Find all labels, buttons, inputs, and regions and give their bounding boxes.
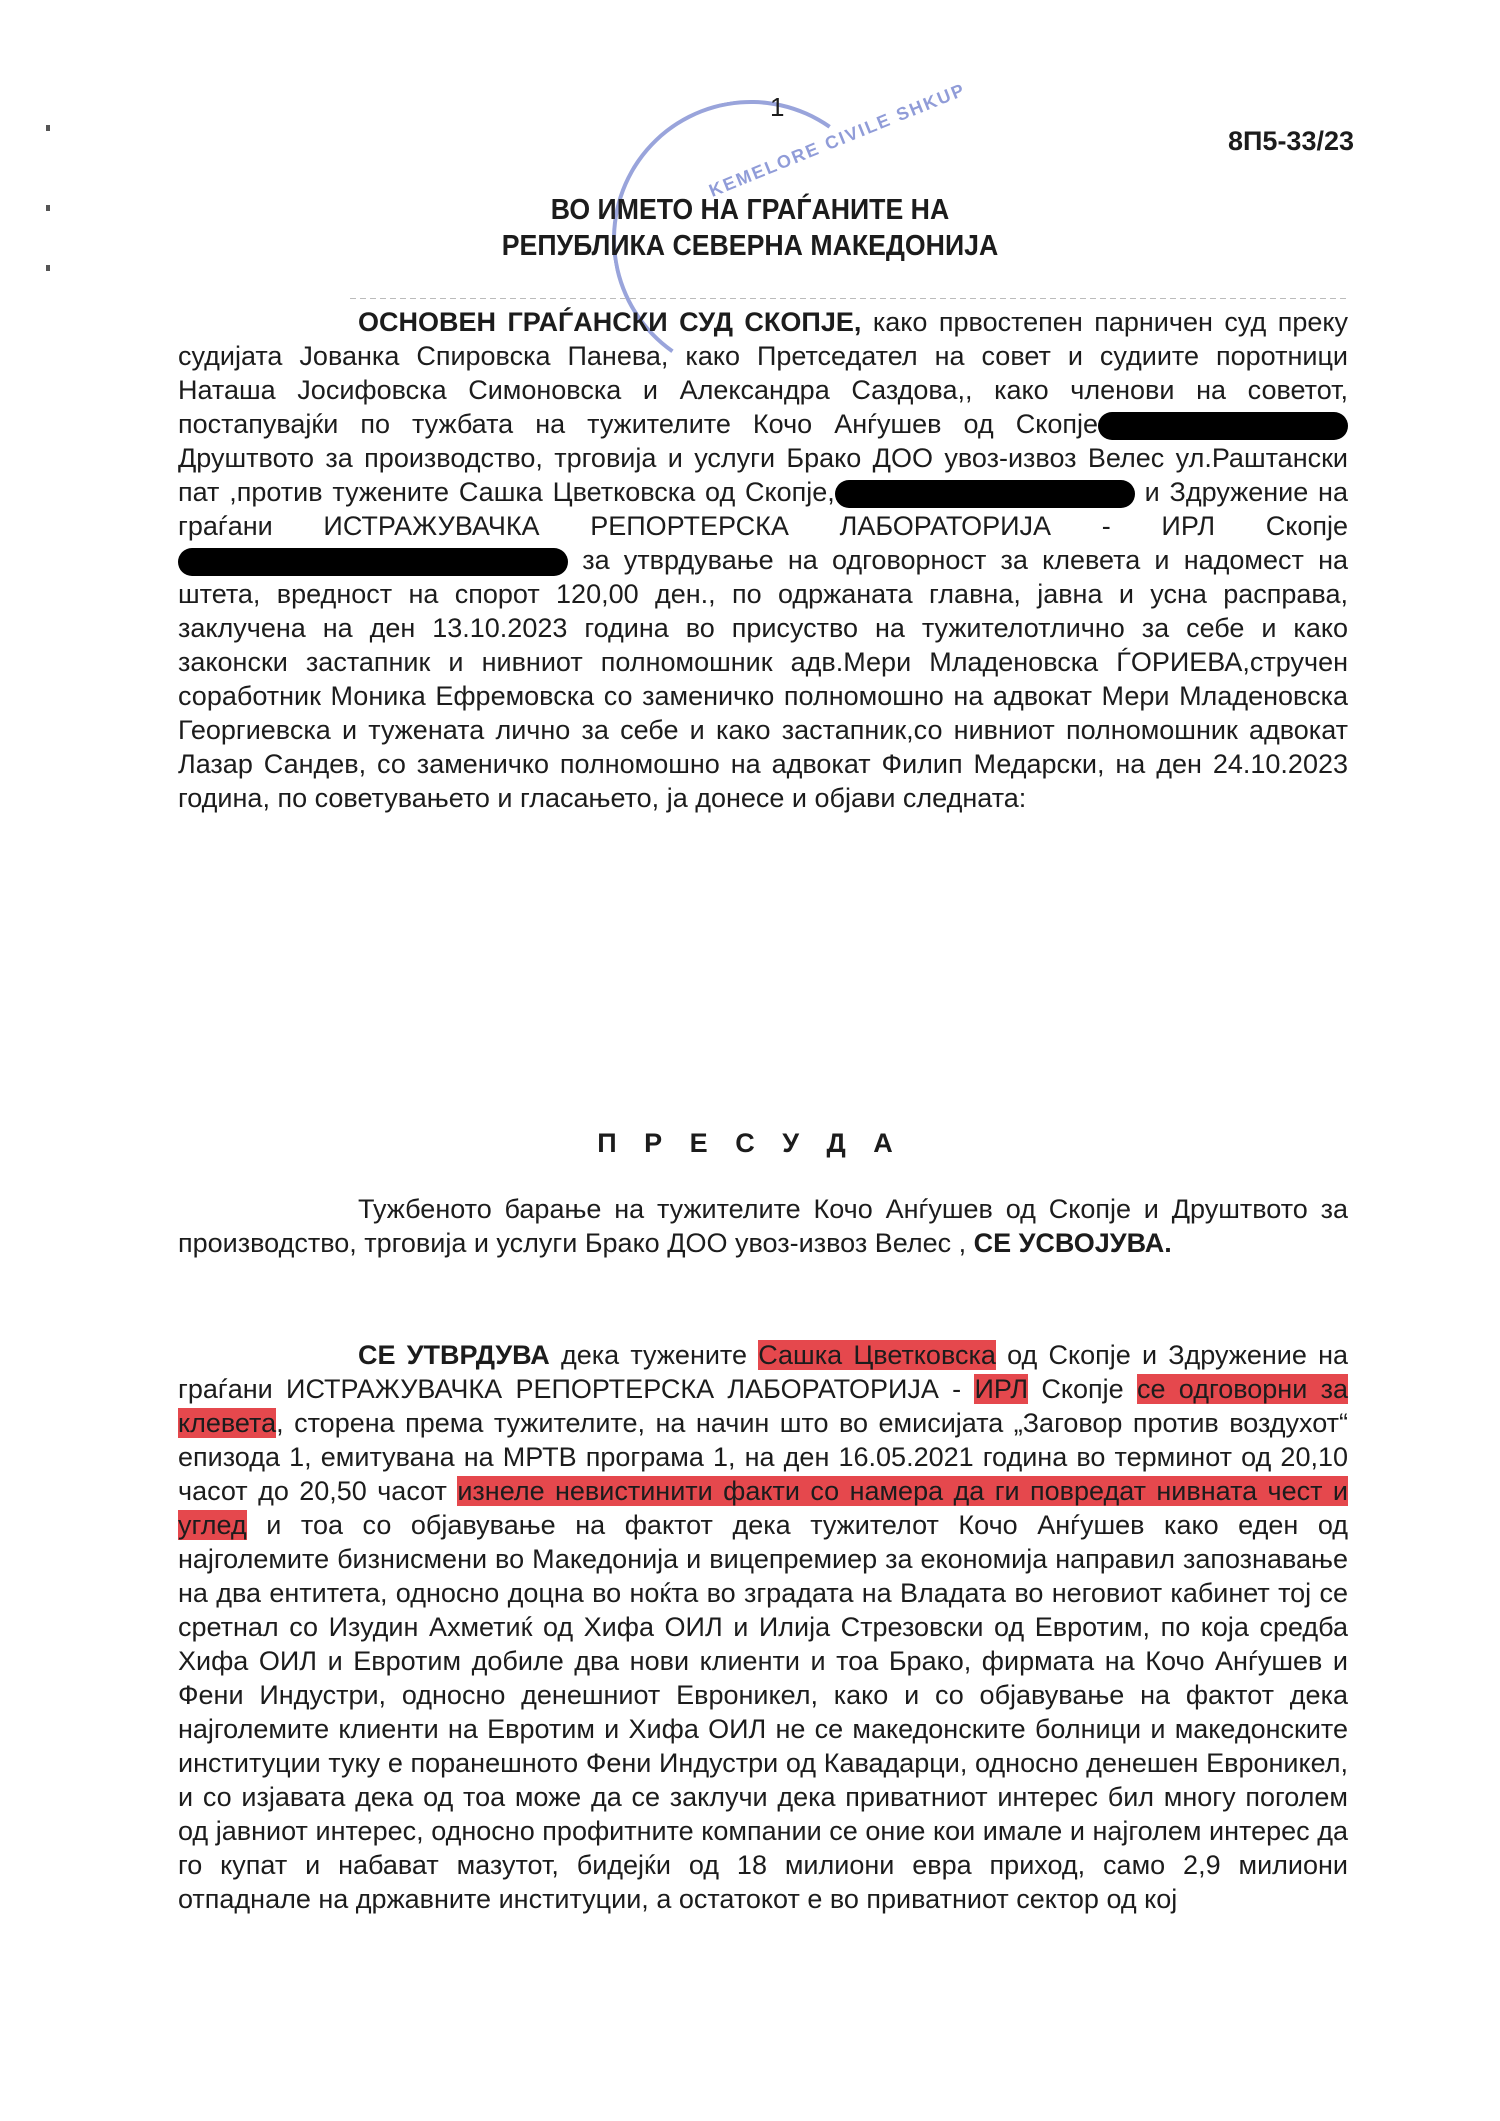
- verdict-title: П Р Е С У Д А: [0, 1128, 1500, 1159]
- divider: [350, 298, 1350, 299]
- intro-paragraph: ОСНОВЕН ГРАЃАНСКИ СУД СКОПЈЕ, како првос…: [178, 305, 1348, 815]
- redaction: [178, 548, 568, 576]
- redaction: [835, 480, 1135, 508]
- highlight: ИРЛ: [974, 1374, 1028, 1404]
- verdict-paragraph-1: Тужбеното барање на тужителите Кочо Анѓу…: [178, 1192, 1348, 1260]
- redaction: [1098, 412, 1348, 440]
- stamp-text: KEMELORE CIVILE SHKUP: [706, 79, 969, 201]
- document-header: ВО ИМЕТО НА ГРАЃАНИТЕ НА РЕПУБЛИКА СЕВЕР…: [60, 192, 1440, 264]
- scan-mark: [46, 205, 50, 211]
- case-number: 8П5-33/23: [1228, 126, 1354, 157]
- header-line-1: ВО ИМЕТО НА ГРАЃАНИТЕ НА: [60, 192, 1440, 228]
- scan-mark: [46, 265, 50, 271]
- court-name: ОСНОВЕН ГРАЃАНСКИ СУД СКОПЈЕ,: [358, 307, 861, 337]
- scan-mark: [46, 125, 50, 131]
- header-line-2: РЕПУБЛИКА СЕВЕРНА МАКЕДОНИЈА: [60, 228, 1440, 264]
- page-number: 1: [770, 92, 784, 123]
- highlight: Сашка Цветковска: [758, 1340, 996, 1370]
- verdict-paragraph-2: СЕ УТВРДУВА дека тужените Сашка Цветковс…: [178, 1338, 1348, 1916]
